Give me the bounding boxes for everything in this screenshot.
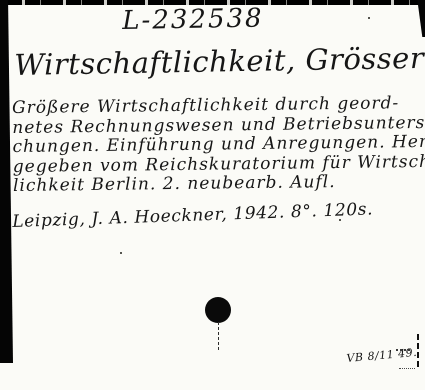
imprint-line: Leipzig, J. A. Hoeckner, 1942. 8°. 120s. xyxy=(12,199,373,232)
scan-edge-left xyxy=(0,0,13,363)
catalog-card-scan: L-232538 Wirtschaftlichkeit, Grössere Gr… xyxy=(0,0,425,390)
punch-hole xyxy=(205,297,231,323)
call-number: L-232538 xyxy=(122,4,264,36)
card-body: Größere Wirtschaftlichkeit durch geord- … xyxy=(12,93,425,196)
annotation-dash xyxy=(396,349,410,351)
scan-speckle xyxy=(368,17,370,19)
annotation-dash xyxy=(399,368,415,369)
scan-speckle xyxy=(120,252,122,254)
scan-edge-right-bottom xyxy=(417,334,419,367)
punch-hole-slit xyxy=(218,322,219,350)
body-line: lichkeit Berlin. 2. neubearb. Aufl. xyxy=(13,171,425,196)
scan-speckle xyxy=(339,219,341,221)
card-heading: Wirtschaftlichkeit, Grössere xyxy=(14,41,425,82)
scan-edge-right-top xyxy=(416,0,425,37)
